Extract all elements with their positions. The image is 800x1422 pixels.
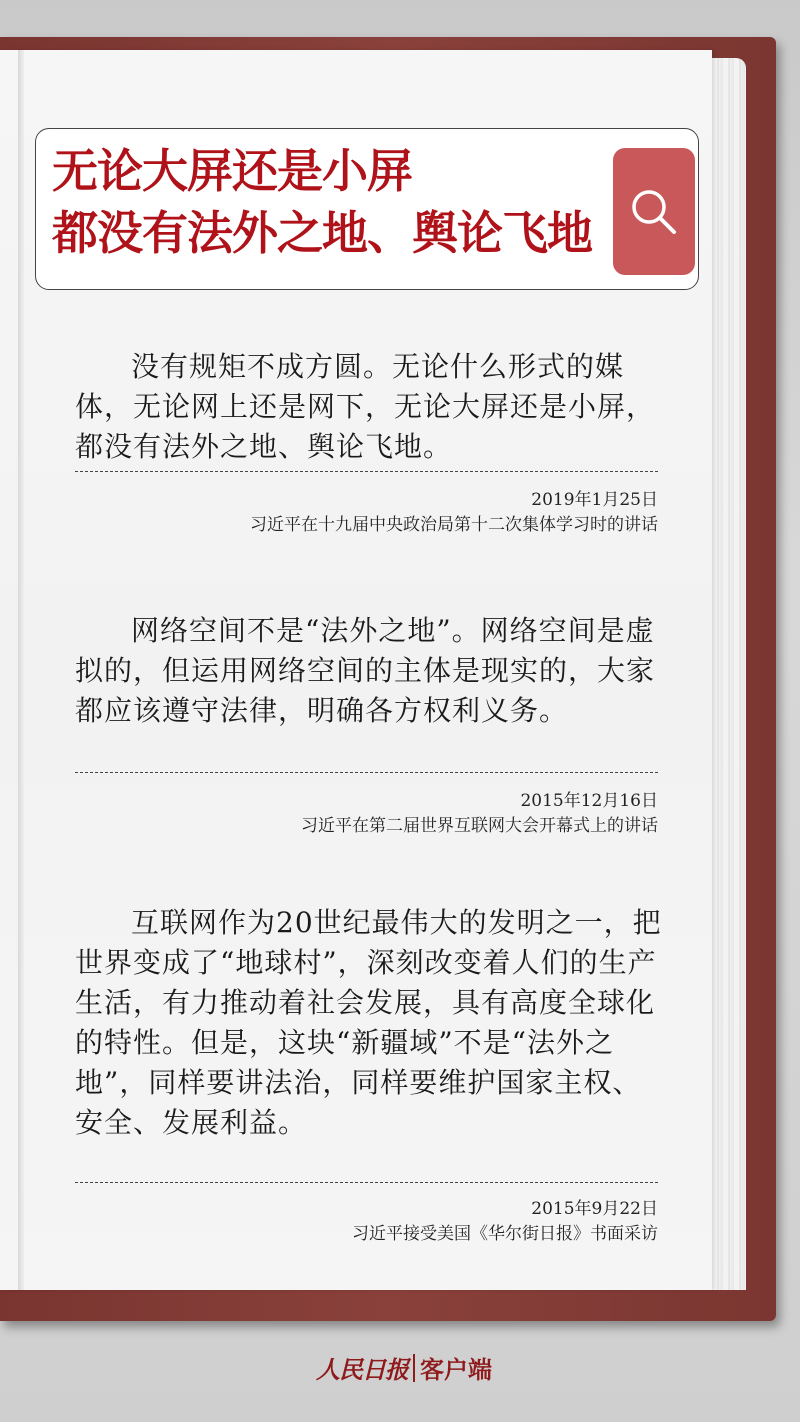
quote-2-attribution: 2015年12月16日 习近平在第二届世界互联网大会开幕式上的讲话 — [301, 789, 658, 839]
quote-3-source: 习近平接受美国《华尔街日报》书面采访 — [352, 1222, 658, 1247]
headline-line-1: 无论大屏还是小屏 — [52, 144, 412, 198]
quote-2-date: 2015年12月16日 — [301, 789, 658, 814]
quote-1-divider — [75, 471, 658, 472]
search-button[interactable] — [613, 148, 695, 275]
headline-line-2: 都没有法外之地、舆论飞地 — [52, 206, 592, 260]
quote-2-divider — [75, 772, 658, 773]
quote-2-text: 网络空间不是“法外之地”。网络空间是虚拟的，但运用网络空间的主体是现实的，大家都… — [75, 611, 665, 731]
quote-1-date: 2019年1月25日 — [250, 488, 658, 513]
quote-1-text: 没有规矩不成方圆。无论什么形式的媒体，无论网上还是网下，无论大屏还是小屏，都没有… — [75, 347, 665, 467]
quote-1-attribution: 2019年1月25日 习近平在十九届中央政治局第十二次集体学习时的讲话 — [250, 488, 658, 538]
headline: 无论大屏还是小屏 都没有法外之地、舆论飞地 — [52, 140, 592, 264]
footer-logo: 人民日报 客户端 — [316, 1350, 492, 1385]
logo-divider — [413, 1354, 415, 1382]
quote-3-divider — [75, 1182, 658, 1183]
brand-name: 人民日报 — [316, 1350, 408, 1385]
search-icon — [627, 185, 681, 239]
quote-3-attribution: 2015年9月22日 习近平接受美国《华尔街日报》书面采访 — [352, 1197, 658, 1247]
quote-3-text: 互联网作为20世纪最伟大的发明之一，把世界变成了“地球村”，深刻改变着人们的生产… — [75, 903, 665, 1143]
quote-2-source: 习近平在第二届世界互联网大会开幕式上的讲话 — [301, 814, 658, 839]
app-name: 客户端 — [420, 1350, 492, 1385]
page-fold — [18, 50, 24, 1290]
quote-1-source: 习近平在十九届中央政治局第十二次集体学习时的讲话 — [250, 513, 658, 538]
quote-3-date: 2015年9月22日 — [352, 1197, 658, 1222]
